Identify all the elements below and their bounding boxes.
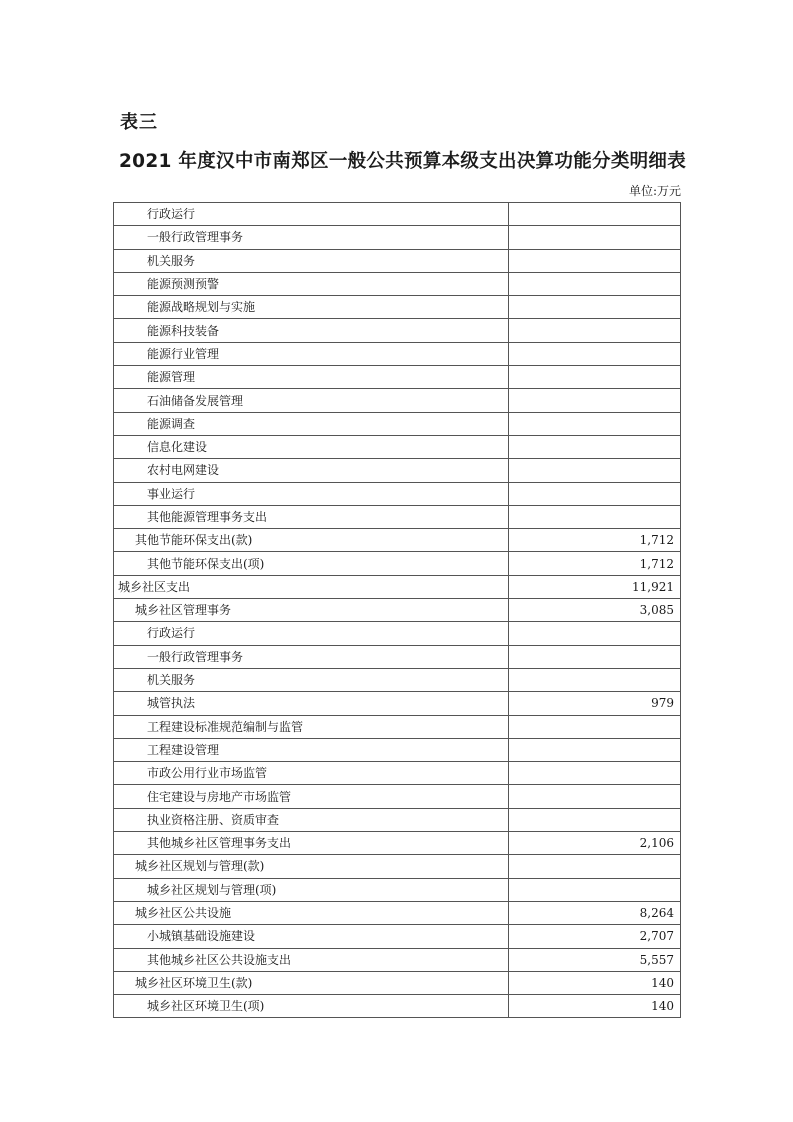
row-item-name: 城乡社区环境卫生(项) xyxy=(114,995,509,1018)
row-item-name: 能源管理 xyxy=(114,366,509,389)
unit-label: 单位:万元 xyxy=(629,182,681,199)
table-row: 小城镇基础设施建设2,707 xyxy=(114,925,681,948)
row-item-name: 石油储备发展管理 xyxy=(114,389,509,412)
row-amount xyxy=(509,342,681,365)
row-amount: 1,712 xyxy=(509,529,681,552)
row-amount: 979 xyxy=(509,692,681,715)
row-amount: 140 xyxy=(509,971,681,994)
row-item-name: 机关服务 xyxy=(114,249,509,272)
row-item-name: 其他节能环保支出(款) xyxy=(114,529,509,552)
row-item-name: 城管执法 xyxy=(114,692,509,715)
table-row: 工程建设标准规范编制与监管 xyxy=(114,715,681,738)
table-row: 其他城乡社区管理事务支出2,106 xyxy=(114,832,681,855)
table-row: 其他节能环保支出(款)1,712 xyxy=(114,529,681,552)
row-item-name: 城乡社区环境卫生(款) xyxy=(114,971,509,994)
row-item-name: 其他节能环保支出(项) xyxy=(114,552,509,575)
table-row: 城乡社区管理事务3,085 xyxy=(114,599,681,622)
row-amount: 140 xyxy=(509,995,681,1018)
row-amount xyxy=(509,389,681,412)
table-row: 一般行政管理事务 xyxy=(114,226,681,249)
table-row: 行政运行 xyxy=(114,622,681,645)
row-item-name: 住宅建设与房地产市场监管 xyxy=(114,785,509,808)
table-row: 机关服务 xyxy=(114,249,681,272)
row-amount xyxy=(509,715,681,738)
table-row: 市政公用行业市场监管 xyxy=(114,762,681,785)
row-amount xyxy=(509,203,681,226)
table-row: 城乡社区规划与管理(项) xyxy=(114,878,681,901)
row-item-name: 能源预测预警 xyxy=(114,272,509,295)
row-amount xyxy=(509,296,681,319)
table-row: 石油储备发展管理 xyxy=(114,389,681,412)
row-item-name: 城乡社区支出 xyxy=(114,575,509,598)
row-item-name: 其他能源管理事务支出 xyxy=(114,505,509,528)
row-item-name: 小城镇基础设施建设 xyxy=(114,925,509,948)
table-row: 城乡社区支出11,921 xyxy=(114,575,681,598)
row-amount xyxy=(509,505,681,528)
row-amount xyxy=(509,482,681,505)
row-item-name: 市政公用行业市场监管 xyxy=(114,762,509,785)
row-amount xyxy=(509,738,681,761)
table-row: 农村电网建设 xyxy=(114,459,681,482)
table-row: 其他城乡社区公共设施支出5,557 xyxy=(114,948,681,971)
row-amount xyxy=(509,272,681,295)
table-row: 事业运行 xyxy=(114,482,681,505)
document-title: 2021 年度汉中市南郑区一般公共预算本级支出决算功能分类明细表 xyxy=(119,147,686,173)
row-amount xyxy=(509,645,681,668)
table-row: 一般行政管理事务 xyxy=(114,645,681,668)
row-amount xyxy=(509,249,681,272)
table-row: 机关服务 xyxy=(114,668,681,691)
row-item-name: 工程建设管理 xyxy=(114,738,509,761)
row-item-name: 工程建设标准规范编制与监管 xyxy=(114,715,509,738)
row-item-name: 一般行政管理事务 xyxy=(114,645,509,668)
table-row: 城乡社区公共设施8,264 xyxy=(114,901,681,924)
budget-table: 行政运行一般行政管理事务机关服务能源预测预警能源战略规划与实施能源科技装备能源行… xyxy=(113,202,681,1018)
table-row: 能源预测预警 xyxy=(114,272,681,295)
row-item-name: 一般行政管理事务 xyxy=(114,226,509,249)
row-amount: 5,557 xyxy=(509,948,681,971)
row-amount: 2,707 xyxy=(509,925,681,948)
table-row: 城乡社区环境卫生(款)140 xyxy=(114,971,681,994)
row-amount xyxy=(509,435,681,458)
table-row: 住宅建设与房地产市场监管 xyxy=(114,785,681,808)
row-item-name: 能源行业管理 xyxy=(114,342,509,365)
row-item-name: 农村电网建设 xyxy=(114,459,509,482)
row-amount xyxy=(509,878,681,901)
row-item-name: 能源科技装备 xyxy=(114,319,509,342)
row-item-name: 行政运行 xyxy=(114,203,509,226)
row-amount: 11,921 xyxy=(509,575,681,598)
table-row: 城管执法979 xyxy=(114,692,681,715)
row-amount xyxy=(509,855,681,878)
row-amount xyxy=(509,366,681,389)
row-amount xyxy=(509,226,681,249)
table-row: 行政运行 xyxy=(114,203,681,226)
table-row: 执业资格注册、资质审查 xyxy=(114,808,681,831)
row-item-name: 执业资格注册、资质审查 xyxy=(114,808,509,831)
table-row: 城乡社区环境卫生(项)140 xyxy=(114,995,681,1018)
row-item-name: 城乡社区公共设施 xyxy=(114,901,509,924)
table-row: 能源调查 xyxy=(114,412,681,435)
row-item-name: 信息化建设 xyxy=(114,435,509,458)
table-row: 能源管理 xyxy=(114,366,681,389)
row-item-name: 机关服务 xyxy=(114,668,509,691)
row-item-name: 能源调查 xyxy=(114,412,509,435)
row-amount: 2,106 xyxy=(509,832,681,855)
table-row: 其他能源管理事务支出 xyxy=(114,505,681,528)
budget-table-body: 行政运行一般行政管理事务机关服务能源预测预警能源战略规划与实施能源科技装备能源行… xyxy=(114,203,681,1018)
row-amount xyxy=(509,762,681,785)
row-item-name: 城乡社区规划与管理(项) xyxy=(114,878,509,901)
row-amount: 3,085 xyxy=(509,599,681,622)
row-amount: 1,712 xyxy=(509,552,681,575)
row-amount xyxy=(509,668,681,691)
row-amount xyxy=(509,808,681,831)
row-item-name: 事业运行 xyxy=(114,482,509,505)
row-item-name: 行政运行 xyxy=(114,622,509,645)
table-row: 城乡社区规划与管理(款) xyxy=(114,855,681,878)
table-row: 其他节能环保支出(项)1,712 xyxy=(114,552,681,575)
row-item-name: 其他城乡社区管理事务支出 xyxy=(114,832,509,855)
row-amount: 8,264 xyxy=(509,901,681,924)
row-amount xyxy=(509,459,681,482)
row-item-name: 其他城乡社区公共设施支出 xyxy=(114,948,509,971)
row-item-name: 城乡社区规划与管理(款) xyxy=(114,855,509,878)
row-item-name: 能源战略规划与实施 xyxy=(114,296,509,319)
table-row: 能源战略规划与实施 xyxy=(114,296,681,319)
table-number-label: 表三 xyxy=(120,108,158,134)
table-row: 能源行业管理 xyxy=(114,342,681,365)
row-item-name: 城乡社区管理事务 xyxy=(114,599,509,622)
row-amount xyxy=(509,319,681,342)
table-row: 能源科技装备 xyxy=(114,319,681,342)
row-amount xyxy=(509,785,681,808)
table-row: 信息化建设 xyxy=(114,435,681,458)
table-row: 工程建设管理 xyxy=(114,738,681,761)
row-amount xyxy=(509,412,681,435)
row-amount xyxy=(509,622,681,645)
